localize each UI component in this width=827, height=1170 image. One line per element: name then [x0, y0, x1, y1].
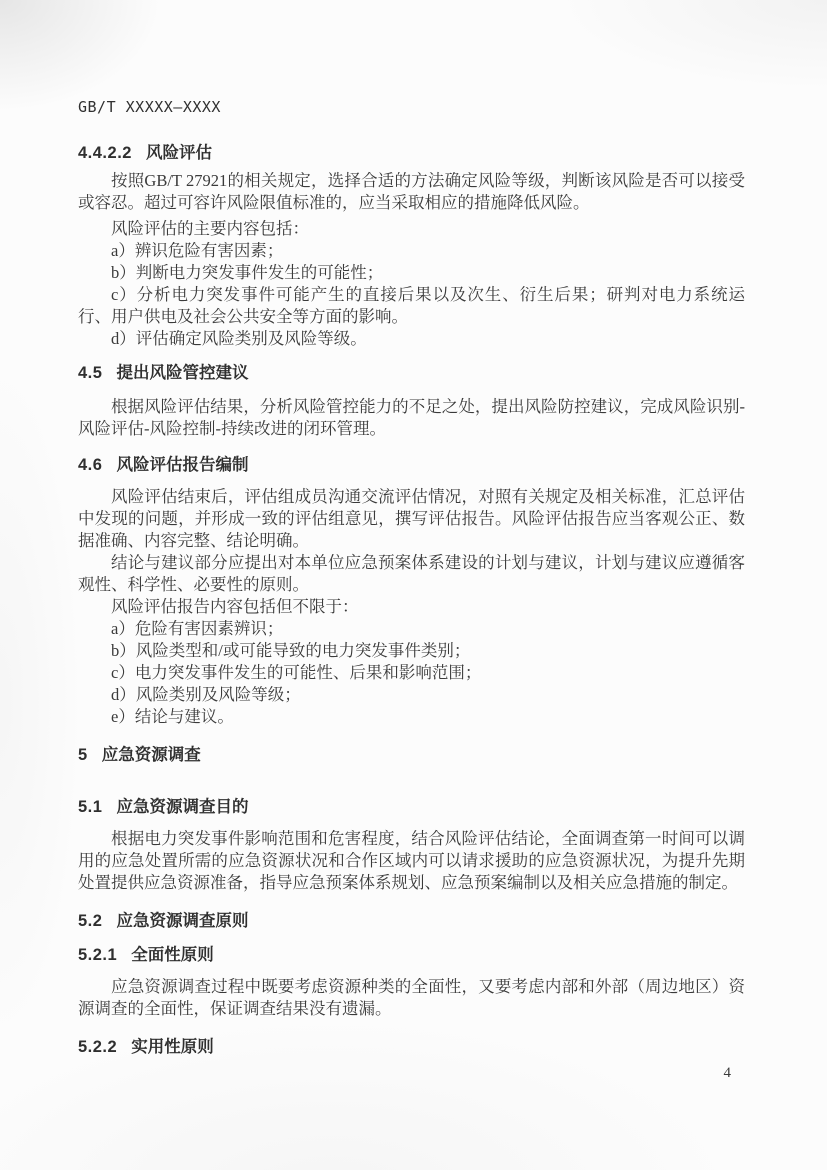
paragraph-risk-assessment: 按照GB/T 27921的相关规定，选择合适的方法确定风险等级，判断该风险是否可… [78, 170, 745, 214]
list-item-report-b: b）风险类型和/或可能导致的电力突发事件类别； [78, 640, 745, 662]
heading-title: 提出风险管控建议 [116, 364, 248, 382]
list-item-report-e: e）结论与建议。 [78, 706, 745, 728]
heading-title: 风险评估报告编制 [116, 456, 248, 474]
paragraph-5-2-1-body: 应急资源调查过程中既要考虑资源种类的全面性，又要考虑内部和外部（周边地区）资源调… [78, 976, 745, 1020]
heading-5-1: 5.1应急资源调查目的 [78, 796, 745, 818]
page-number: 4 [724, 1062, 732, 1084]
paragraph-risk-content-intro: 风险评估的主要内容包括： [78, 218, 745, 240]
heading-title: 全面性原则 [131, 946, 214, 964]
list-item-report-a: a）危险有害因素辨识； [78, 618, 745, 640]
document-code-header: GB/T XXXXX—XXXX [78, 96, 745, 118]
heading-4-6: 4.6风险评估报告编制 [78, 454, 745, 476]
paragraph-4-5-body: 根据风险评估结果，分析风险管控能力的不足之处，提出风险防控建议，完成风险识别-风… [78, 396, 745, 440]
heading-number: 5.2.1 [78, 946, 117, 964]
list-item-risk-b: b）判断电力突发事件发生的可能性； [78, 262, 745, 284]
heading-5-2: 5.2应急资源调查原则 [78, 910, 745, 932]
heading-number: 5.1 [78, 798, 102, 816]
heading-number: 5 [78, 746, 88, 764]
paragraph-5-1-body: 根据电力突发事件影响范围和危害程度，结合风险评估结论，全面调查第一时间可以调用的… [78, 828, 745, 894]
heading-number: 4.5 [78, 364, 102, 382]
heading-title: 实用性原则 [131, 1038, 214, 1056]
heading-4-5: 4.5提出风险管控建议 [78, 362, 745, 384]
list-item-risk-a: a）辨识危险有害因素； [78, 240, 745, 262]
heading-number: 5.2.2 [78, 1038, 117, 1056]
document-page: GB/T XXXXX—XXXX 4.4.2.2风险评估 按照GB/T 27921… [0, 0, 827, 1170]
heading-5: 5应急资源调查 [78, 744, 745, 766]
heading-title: 风险评估 [146, 144, 212, 162]
paragraph-4-6-body-2: 结论与建议部分应提出对本单位应急预案体系建设的计划与建议，计划与建议应遵循客观性… [78, 552, 745, 596]
list-item-risk-d: d）评估确定风险类别及风险等级。 [78, 328, 745, 350]
paragraph-report-content-intro: 风险评估报告内容包括但不限于： [78, 596, 745, 618]
list-item-report-d: d）风险类别及风险等级； [78, 684, 745, 706]
heading-number: 4.6 [78, 456, 102, 474]
heading-title: 应急资源调查原则 [116, 912, 248, 930]
list-item-report-c: c）电力突发事件发生的可能性、后果和影响范围； [78, 662, 745, 684]
list-item-risk-c: c）分析电力突发事件可能产生的直接后果以及次生、衍生后果；研判对电力系统运行、用… [78, 284, 745, 328]
heading-title: 应急资源调查 [102, 746, 201, 764]
heading-title: 应急资源调查目的 [116, 798, 248, 816]
heading-5-2-1: 5.2.1全面性原则 [78, 944, 745, 966]
paragraph-4-6-body-1: 风险评估结束后，评估组成员沟通交流评估情况，对照有关规定及相关标准，汇总评估中发… [78, 486, 745, 552]
heading-number: 4.4.2.2 [78, 144, 132, 162]
heading-number: 5.2 [78, 912, 102, 930]
heading-4-4-2-2: 4.4.2.2风险评估 [78, 142, 745, 164]
heading-5-2-2: 5.2.2实用性原则 [78, 1036, 745, 1058]
